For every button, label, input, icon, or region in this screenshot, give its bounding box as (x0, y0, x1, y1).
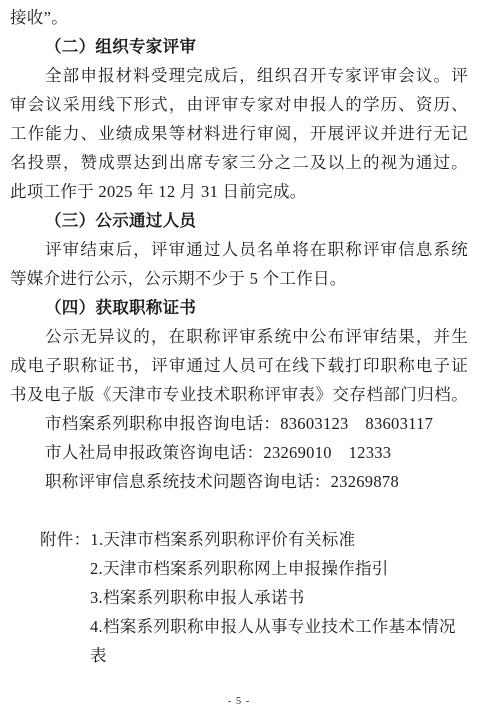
text-line: 2.天津市档案系列职称网上申报操作指引 (10, 554, 468, 583)
document-page: 接收”。（二）组织专家评审全部申报材料受理完成后，组织召开专家评审会议。评审会议… (0, 0, 478, 713)
text-line: 全部申报材料受理完成后，组织召开专家评审会议。评 (10, 61, 468, 90)
section-heading: （四）获取职称证书 (10, 293, 468, 322)
text-line: 书及电子版《天津市专业技术职称评审表》交存档部门归档。 (10, 380, 468, 409)
text-line: 市人社局申报政策咨询电话：23269010 12333 (10, 438, 468, 467)
section-heading: （二）组织专家评审 (10, 32, 468, 61)
document-body: 接收”。（二）组织专家评审全部申报材料受理完成后，组织召开专家评审会议。评审会议… (10, 3, 468, 670)
text-line: 市档案系列职称申报咨询电话：83603123 83603117 (10, 409, 468, 438)
text-line: 名投票，赞成票达到出席专家三分之二及以上的视为通过。 (10, 148, 468, 177)
text-line: 接收”。 (10, 3, 468, 32)
section-heading: （三）公示通过人员 (10, 206, 468, 235)
text-line: 此项工作于 2025 年 12 月 31 日前完成。 (10, 177, 468, 206)
page-number: - 5 - (0, 696, 478, 707)
text-line: 工作能力、业绩成果等材料进行审阅，开展评议并进行无记 (10, 119, 468, 148)
text-line: 成电子职称证书，评审通过人员可在线下载打印职称电子证 (10, 351, 468, 380)
text-line: 审会议采用线下形式，由评审专家对申报人的学历、资历、 (10, 90, 468, 119)
text-line: 等媒介进行公示，公示期不少于 5 个工作日。 (10, 264, 468, 293)
text-line: 附件：1.天津市档案系列职称评价有关标准 (10, 525, 468, 554)
text-line: 职称评审信息系统技术问题咨询电话：23269878 (10, 467, 468, 496)
text-line (10, 496, 468, 525)
text-line: 公示无异议的，在职称评审系统中公布评审结果，并生 (10, 322, 468, 351)
text-line: 评审结束后，评审通过人员名单将在职称评审信息系统 (10, 235, 468, 264)
text-line: 4.档案系列职称申报人从事专业技术工作基本情况表 (10, 612, 468, 670)
text-line: 3.档案系列职称申报人承诺书 (10, 583, 468, 612)
